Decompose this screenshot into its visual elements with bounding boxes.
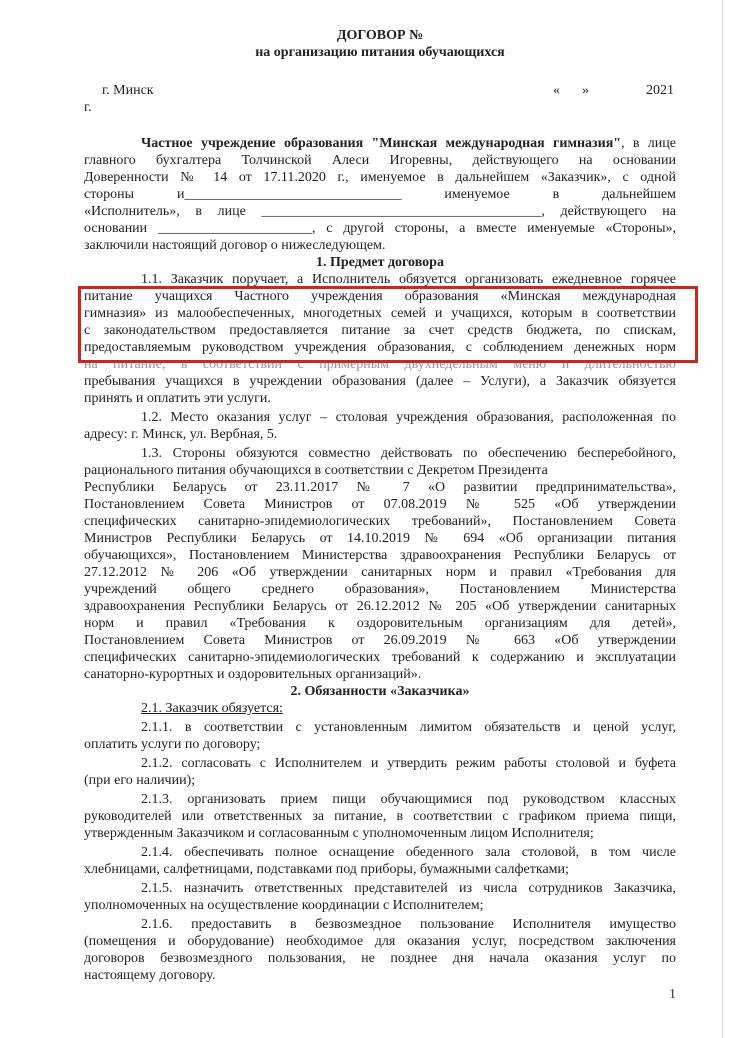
city-label: г. Минск: [102, 83, 154, 98]
text-line: 2.1.3. организовать прием пищи обучающим…: [84, 791, 676, 808]
text-line: (при его наличии);: [84, 772, 676, 789]
text-line: стороны и_______________________________…: [84, 186, 676, 203]
text-line: учреждений общего среднего образования»,…: [84, 581, 676, 598]
text-line: заключили настоящий договор о нижеследую…: [84, 237, 676, 254]
text-line: принять и оплатить эти услуги.: [84, 390, 676, 407]
text-line: главного бухгалтера Толчинской Алеси Иго…: [84, 152, 676, 169]
text-line: специфических санитарно-эпидемиологическ…: [84, 649, 676, 666]
section-heading: 1. Предмет договора: [84, 254, 676, 271]
text-line: Постановлением Совета Министров от 26.09…: [84, 632, 676, 649]
paragraph: 2.1.2. согласовать с Исполнителем и утве…: [84, 755, 676, 789]
text-line: обучающихся», Постановлением Министерств…: [84, 547, 676, 564]
text-line: рационального питания обучающихся в соот…: [84, 462, 676, 479]
paragraph: 2.1.4. обеспечивать полное оснащение обе…: [84, 844, 676, 878]
document-page: ДОГОВОР № на организацию питания обучающ…: [0, 0, 732, 1038]
text-line: пребывания учащихся в учреждении образов…: [84, 373, 676, 390]
paragraph: 2.1.3. организовать прием пищи обучающим…: [84, 791, 676, 842]
text-line: специфических санитарно-эпидемиологическ…: [84, 513, 676, 530]
text-line: руководителей или ответственных за питан…: [84, 808, 676, 825]
text-line: здравоохранения Республики Беларусь от 2…: [84, 598, 676, 615]
paragraph: Частное учреждение образования "Минская …: [84, 135, 676, 254]
text-line: адресу: г. Минск, ул. Вербная, 5.: [84, 426, 676, 443]
text-line: 1.1. Заказчик поручает, а Исполнитель об…: [84, 271, 676, 288]
text-line: уполномоченных на осуществление координа…: [84, 897, 676, 914]
paragraph: 2.1.6. предоставить в безвозмездное поль…: [84, 916, 676, 984]
text-line: «Исполнитель», в лице __________________…: [84, 203, 676, 220]
document-content: ДОГОВОР № на организацию питания обучающ…: [84, 27, 676, 984]
text-line: 2.1.2. согласовать с Исполнителем и утве…: [84, 755, 676, 772]
paragraph: 2.1.1. в соответствии с установленным ли…: [84, 719, 676, 753]
paragraph: 2.1. Заказчик обязуется:: [84, 700, 676, 717]
text-line: Постановлением Совета Министров от 07.08…: [84, 496, 676, 513]
text-line: 27.12.2012 № 206 «Об утверждении санитар…: [84, 564, 676, 581]
text-line: 2.1.4. обеспечивать полное оснащение обе…: [84, 844, 676, 861]
text-line: Доверенности № 14 от 17.11.2020 г., имен…: [84, 169, 676, 186]
text-line: 2.1.6. предоставить в безвозмездное поль…: [84, 916, 676, 933]
paragraph: 2.1.5. назначить ответственных представи…: [84, 880, 676, 914]
paragraph: 1.3. Стороны обязуются совместно действо…: [84, 445, 676, 683]
date-quote-close: »: [582, 82, 589, 99]
text-line: договоров безвозмездного пользования, не…: [84, 950, 676, 967]
text-line: Министров Республики Беларусь от 14.10.2…: [84, 530, 676, 547]
text-line: 1. Предмет договора: [84, 254, 676, 271]
page-number: 1: [84, 986, 676, 1003]
text-line: 2.1. Заказчик обязуется:: [84, 700, 676, 717]
text-line: хлебницами, салфетницами, подставками по…: [84, 861, 676, 878]
text-line: 1.3. Стороны обязуются совместно действо…: [84, 445, 676, 462]
page-edge-line: [722, 0, 723, 1038]
paragraph: 1.2. Место оказания услуг – столовая учр…: [84, 409, 676, 443]
text-line: Частное учреждение образования "Минская …: [84, 135, 676, 152]
text-line: 2.1.1. в соответствии с установленным ли…: [84, 719, 676, 736]
text-line: гимназия» из малообеспеченных, многодетн…: [84, 305, 676, 322]
text-line: основании ______________________, с друг…: [84, 220, 676, 237]
text-line: утвержденным Заказчиком и согласованным …: [84, 825, 676, 842]
paragraph: 1.1. Заказчик поручает, а Исполнитель об…: [84, 271, 676, 407]
year-label: 2021: [646, 82, 674, 99]
text-line: 2. Обязанности «Заказчика»: [84, 683, 676, 700]
text-line: питание учащихся Частного учреждения обр…: [84, 288, 676, 305]
section-heading: 2. Обязанности «Заказчика»: [84, 683, 676, 700]
text-line: оплатить услуги по договору;: [84, 736, 676, 753]
text-line: Республики Беларусь от 23.11.2017 № 7 «О…: [84, 479, 676, 496]
text-line: с законодательством предоставляется пита…: [84, 322, 676, 339]
bold-text: Частное учреждение образования "Минская …: [141, 136, 621, 151]
date-suffix: г.: [84, 99, 676, 116]
text-line: 1.2. Место оказания услуг – столовая учр…: [84, 409, 676, 426]
contract-title-line1: ДОГОВОР №: [84, 27, 676, 44]
text-line: предоставляемым руководством учреждения …: [84, 339, 676, 356]
contract-title-line2: на организацию питания обучающихся: [84, 44, 676, 61]
text-line: на питание, в соответствии с примерным д…: [84, 356, 676, 373]
text-line: настоящему договору.: [84, 967, 676, 984]
plain-text: , в лице: [621, 136, 676, 151]
text-line: норм и правил «Требования к оздоровитель…: [84, 615, 676, 632]
text-line: санаторно-курортных и оздоровительных ор…: [84, 666, 676, 683]
document-body: Частное учреждение образования "Минская …: [84, 135, 676, 984]
date-quote-open: «: [553, 82, 560, 99]
city-date-row: г. Минск « » 2021: [84, 82, 676, 99]
text-line: (помещения и оборудование) необходимое д…: [84, 933, 676, 950]
text-line: 2.1.5. назначить ответственных представи…: [84, 880, 676, 897]
